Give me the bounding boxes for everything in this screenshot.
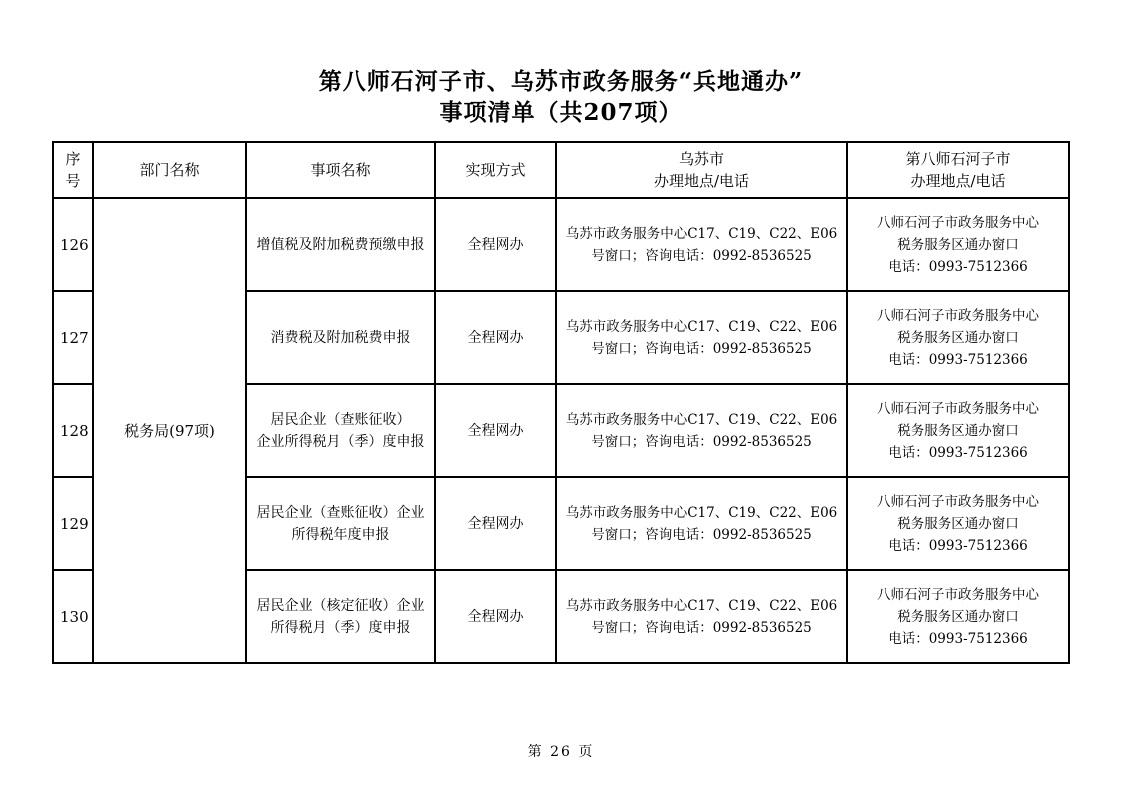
row-number: 130: [53, 570, 93, 663]
wusu-contact: 乌苏市政务服务中心C17、C19、C22、E06 号窗口；咨询电话：0992-8…: [556, 477, 847, 570]
wusu-contact: 乌苏市政务服务中心C17、C19、C22、E06 号窗口；咨询电话：0992-8…: [556, 384, 847, 477]
page-title-line2: 事项清单（共207项）: [0, 97, 1122, 128]
row-number: 128: [53, 384, 93, 477]
item-name: 增值税及附加税费预缴申报: [246, 198, 435, 291]
service-items-table: 序号 部门名称 事项名称 实现方式 乌苏市 办理地点/电话 第八师石河子市 办理…: [52, 141, 1070, 664]
row-number: 129: [53, 477, 93, 570]
method-cell: 全程网办: [435, 570, 556, 663]
department-cell: 税务局(97项): [93, 198, 246, 663]
table-row: 126 税务局(97项) 增值税及附加税费预缴申报 全程网办 乌苏市政务服务中心…: [53, 198, 1069, 291]
row-number: 127: [53, 291, 93, 384]
shihezi-contact: 八师石河子市政务服务中心 税务服务区通办窗口 电话：0993-7512366: [847, 198, 1069, 291]
shihezi-contact: 八师石河子市政务服务中心 税务服务区通办窗口 电话：0993-7512366: [847, 384, 1069, 477]
method-cell: 全程网办: [435, 198, 556, 291]
col-header-item: 事项名称: [246, 142, 435, 198]
method-cell: 全程网办: [435, 477, 556, 570]
col-header-wusu: 乌苏市 办理地点/电话: [556, 142, 847, 198]
shihezi-contact: 八师石河子市政务服务中心 税务服务区通办窗口 电话：0993-7512366: [847, 477, 1069, 570]
wusu-contact: 乌苏市政务服务中心C17、C19、C22、E06 号窗口；咨询电话：0992-8…: [556, 198, 847, 291]
wusu-contact: 乌苏市政务服务中心C17、C19、C22、E06 号窗口；咨询电话：0992-8…: [556, 291, 847, 384]
method-cell: 全程网办: [435, 384, 556, 477]
shihezi-contact: 八师石河子市政务服务中心 税务服务区通办窗口 电话：0993-7512366: [847, 291, 1069, 384]
row-number: 126: [53, 198, 93, 291]
page-number: 第 26 页: [0, 741, 1122, 761]
method-cell: 全程网办: [435, 291, 556, 384]
item-name: 居民企业（查账征收） 企业所得税月（季）度申报: [246, 384, 435, 477]
page-title-line1: 第八师石河子市、乌苏市政务服务“兵地通办”: [0, 66, 1122, 97]
col-header-index: 序号: [53, 142, 93, 198]
shihezi-contact: 八师石河子市政务服务中心 税务服务区通办窗口 电话：0993-7512366: [847, 570, 1069, 663]
wusu-contact: 乌苏市政务服务中心C17、C19、C22、E06 号窗口；咨询电话：0992-8…: [556, 570, 847, 663]
item-name: 居民企业（核定征收）企业 所得税月（季）度申报: [246, 570, 435, 663]
col-header-method: 实现方式: [435, 142, 556, 198]
item-name: 消费税及附加税费申报: [246, 291, 435, 384]
col-header-department: 部门名称: [93, 142, 246, 198]
item-name: 居民企业（查账征收）企业 所得税年度申报: [246, 477, 435, 570]
page-title: 第八师石河子市、乌苏市政务服务“兵地通办” 事项清单（共207项）: [0, 0, 1122, 128]
col-header-shihezi: 第八师石河子市 办理地点/电话: [847, 142, 1069, 198]
table-header-row: 序号 部门名称 事项名称 实现方式 乌苏市 办理地点/电话 第八师石河子市 办理…: [53, 142, 1069, 198]
document-page: 第八师石河子市、乌苏市政务服务“兵地通办” 事项清单（共207项） 序号 部门名…: [0, 0, 1122, 793]
